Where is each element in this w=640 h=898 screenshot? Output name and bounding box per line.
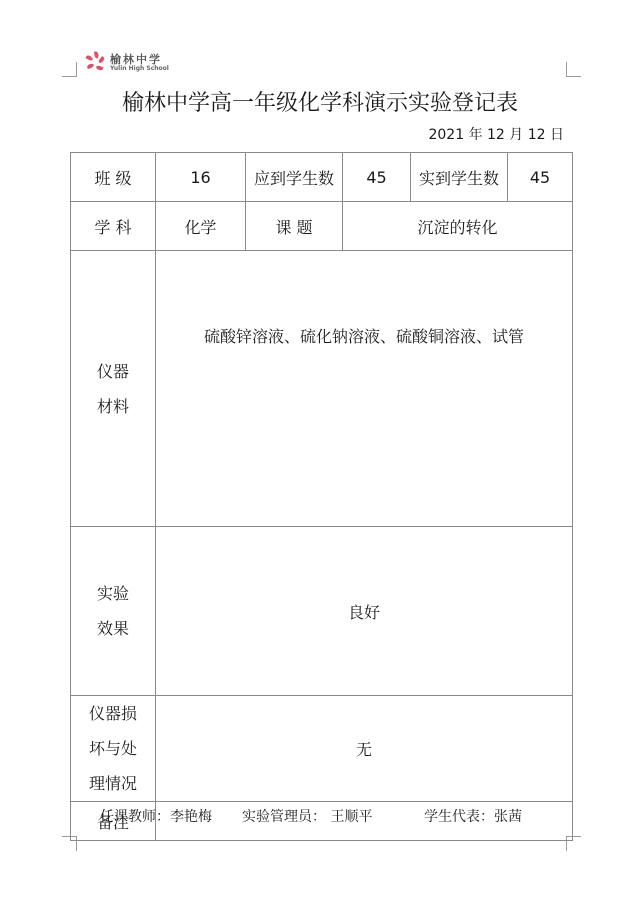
table-row: 班 级 16 应到学生数 45 实到学生数 45 [71,153,573,202]
effect-value: 良好 [156,527,573,696]
damage-value: 无 [156,696,573,802]
topic-label: 课 题 [246,202,343,251]
class-label: 班 级 [71,153,156,202]
subject-label: 学 科 [71,202,156,251]
corner-mark-top-right [566,62,581,77]
corner-mark-top-left [62,62,77,77]
damage-label: 仪器损 坏与处 理情况 [71,696,156,802]
teacher-signature: 任课教师：李艳梅 [100,806,242,826]
manager-signature: 实验管理员： 王顺平 [242,806,424,826]
table-row: 学 科 化学 课 题 沉淀的转化 [71,202,573,251]
signature-footer: 任课教师：李艳梅 实验管理员： 王顺平 学生代表：张茜 [100,806,522,826]
logo-flower-icon [84,53,106,73]
page-title: 榆林中学高一年级化学科演示实验登记表 [0,86,640,117]
school-logo: 榆林中学 Yulin High School [84,53,169,73]
logo-english-name: Yulin High School [110,66,169,72]
materials-label: 仪器 材料 [71,251,156,527]
expected-students-label: 应到学生数 [246,153,343,202]
table-row: 仪器损 坏与处 理情况 无 [71,696,573,802]
record-date: 2021 年 12 月 12 日 [428,124,564,144]
actual-students-label: 实到学生数 [411,153,508,202]
actual-students-value: 45 [508,153,573,202]
table-row: 实验 效果 良好 [71,527,573,696]
subject-value: 化学 [156,202,246,251]
table-row: 仪器 材料 硫酸锌溶液、硫化钠溶液、硫酸铜溶液、试管 [71,251,573,527]
experiment-register-table: 班 级 16 应到学生数 45 实到学生数 45 学 科 化学 课 题 沉淀的转… [70,152,573,841]
topic-value: 沉淀的转化 [343,202,573,251]
logo-chinese-name: 榆林中学 [110,54,169,65]
expected-students-value: 45 [343,153,411,202]
student-rep-signature: 学生代表：张茜 [424,806,522,826]
materials-value: 硫酸锌溶液、硫化钠溶液、硫酸铜溶液、试管 [156,251,573,527]
effect-label: 实验 效果 [71,527,156,696]
class-value: 16 [156,153,246,202]
